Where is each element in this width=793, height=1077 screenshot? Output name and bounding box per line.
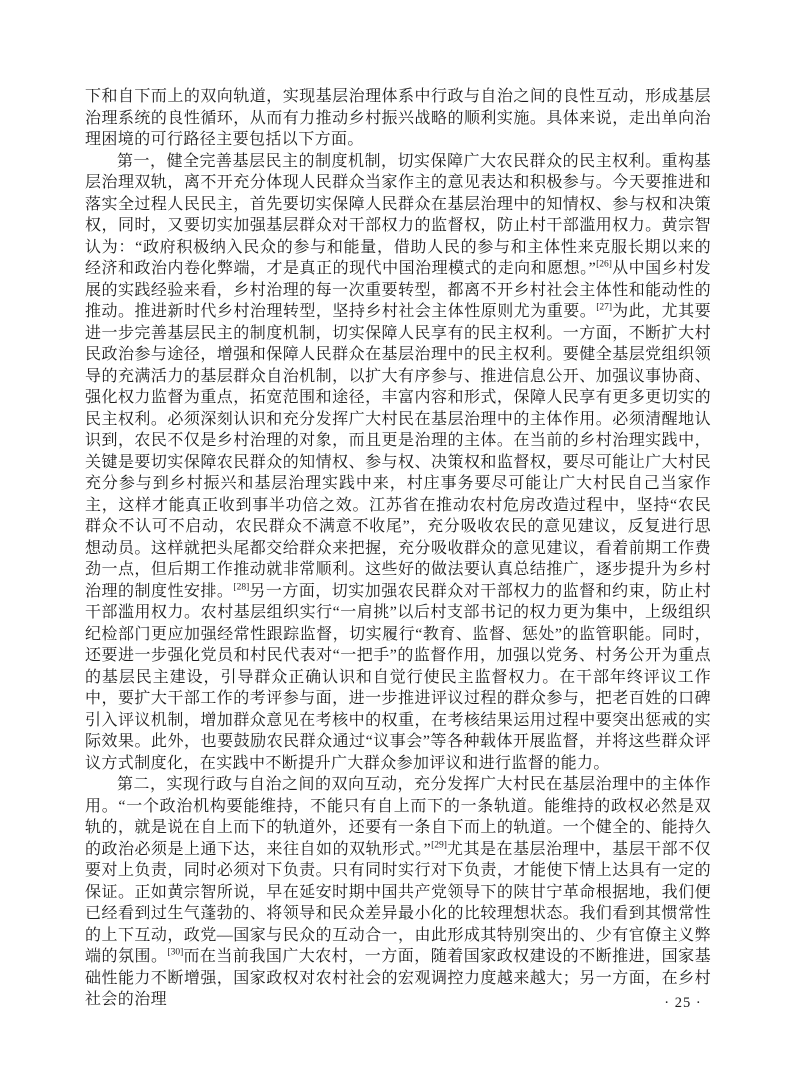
page-number: · 25 ·	[655, 995, 711, 1012]
article-body: 下和自下而上的双向轨道，实现基层治理体系中行政与自治之间的良性互动，形成基层治理…	[85, 86, 711, 1011]
document-page: 下和自下而上的双向轨道，实现基层治理体系中行政与自治之间的良性互动，形成基层治理…	[0, 0, 793, 1077]
citation-ref: [28]	[233, 582, 249, 592]
text-segment: 第一，健全完善基层民主的制度机制，切实保障广大农民群众的民主权利。重构基层治理双…	[85, 153, 711, 278]
paragraph: 第一，健全完善基层民主的制度机制，切实保障广大农民群众的民主权利。重构基层治理双…	[85, 151, 711, 775]
citation-ref: [30]	[167, 948, 183, 958]
paragraph: 下和自下而上的双向轨道，实现基层治理体系中行政与自治之间的良性互动，形成基层治理…	[85, 86, 711, 151]
text-segment: 下和自下而上的双向轨道，实现基层治理体系中行政与自治之间的良性互动，形成基层治理…	[85, 88, 711, 148]
text-segment: 尤其是在基层治理中，基层干部不仅要对上负责，同时必须对下负责。只有同时实行对下负…	[85, 841, 711, 966]
text-segment: 为此，尤其要进一步完善基层民主的制度机制，切实保障人民享有的民主权利。一方面，不…	[85, 303, 711, 600]
citation-ref: [27]	[596, 303, 612, 313]
paragraph: 第二，实现行政与自治之间的双向互动，充分发挥广大村民在基层治理中的主体作用。“一…	[85, 774, 711, 1011]
citation-ref: [29]	[431, 840, 447, 850]
citation-ref: [26]	[596, 260, 612, 270]
text-segment: 另一方面，切实加强农民群众对干部权力的监督和约束，防止村干部滥用权力。农村基层组…	[85, 583, 711, 772]
